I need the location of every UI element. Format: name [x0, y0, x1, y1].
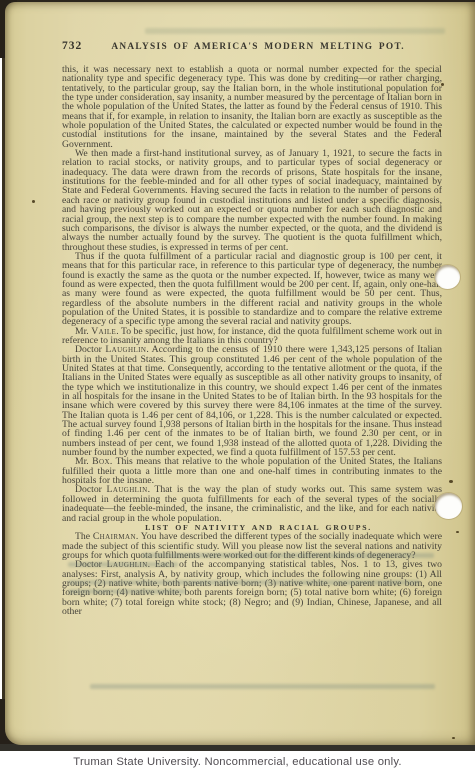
ghost-text-showthrough: [68, 580, 420, 585]
paper-speck: [449, 480, 453, 483]
page-header: 732 ANALYSIS OF AMERICA'S MODERN MELTING…: [62, 40, 442, 52]
punch-hole: [435, 265, 460, 289]
paper-speck: [32, 200, 35, 203]
paper-speck: [439, 129, 441, 132]
footer-caption-bar: Truman State University. Noncommercial, …: [0, 751, 475, 772]
page-number: 732: [62, 40, 82, 52]
paper-speck: [456, 531, 459, 533]
ghost-text-showthrough: [68, 562, 178, 567]
page-body: this, it was necessary next to establish…: [62, 65, 442, 616]
paragraph-text: this, it was necessary next to establish…: [62, 64, 442, 150]
paragraph: this, it was necessary next to establish…: [62, 65, 442, 149]
paragraph: We then made a first-hand institutional …: [62, 149, 442, 252]
ghost-text-showthrough: [90, 684, 435, 689]
paragraph: Mr. Box. This means that relative to the…: [62, 457, 442, 485]
ghost-text-showthrough: [142, 553, 434, 558]
book-page: 732 ANALYSIS OF AMERICA'S MODERN MELTING…: [5, 2, 475, 745]
scan-edge-bottom: [0, 744, 475, 751]
ghost-text-showthrough: [145, 28, 445, 34]
paragraph-text: We then made a first-hand institutional …: [62, 148, 442, 252]
paragraph-text: . To be specific, just how, for instance…: [62, 326, 442, 346]
running-title: ANALYSIS OF AMERICA'S MODERN MELTING POT…: [82, 42, 442, 52]
scan-background: 732 ANALYSIS OF AMERICA'S MODERN MELTING…: [0, 0, 475, 751]
paragraph: Mr. Vaile. To be specific, just how, for…: [62, 327, 442, 346]
paragraph-text: . This means that relative to the whole …: [62, 456, 442, 486]
paragraph: Doctor Laughlin. That is the way the pla…: [62, 485, 442, 522]
scanned-document-view: 732 ANALYSIS OF AMERICA'S MODERN MELTING…: [0, 0, 475, 772]
paper-speck: [452, 737, 455, 739]
ghost-text-showthrough: [68, 589, 186, 594]
paragraph: Thus if the quota fulfillment of a parti…: [62, 252, 442, 327]
archive-caption: Truman State University. Noncommercial, …: [73, 756, 401, 768]
paragraph: Doctor Laughlin. According to the census…: [62, 345, 442, 457]
punch-hole: [435, 493, 462, 519]
paper-speck: [441, 83, 444, 86]
paragraph-text: Thus if the quota fulfillment of a parti…: [62, 251, 442, 327]
paragraph-text: . According to the census of 1910 there …: [62, 344, 442, 458]
